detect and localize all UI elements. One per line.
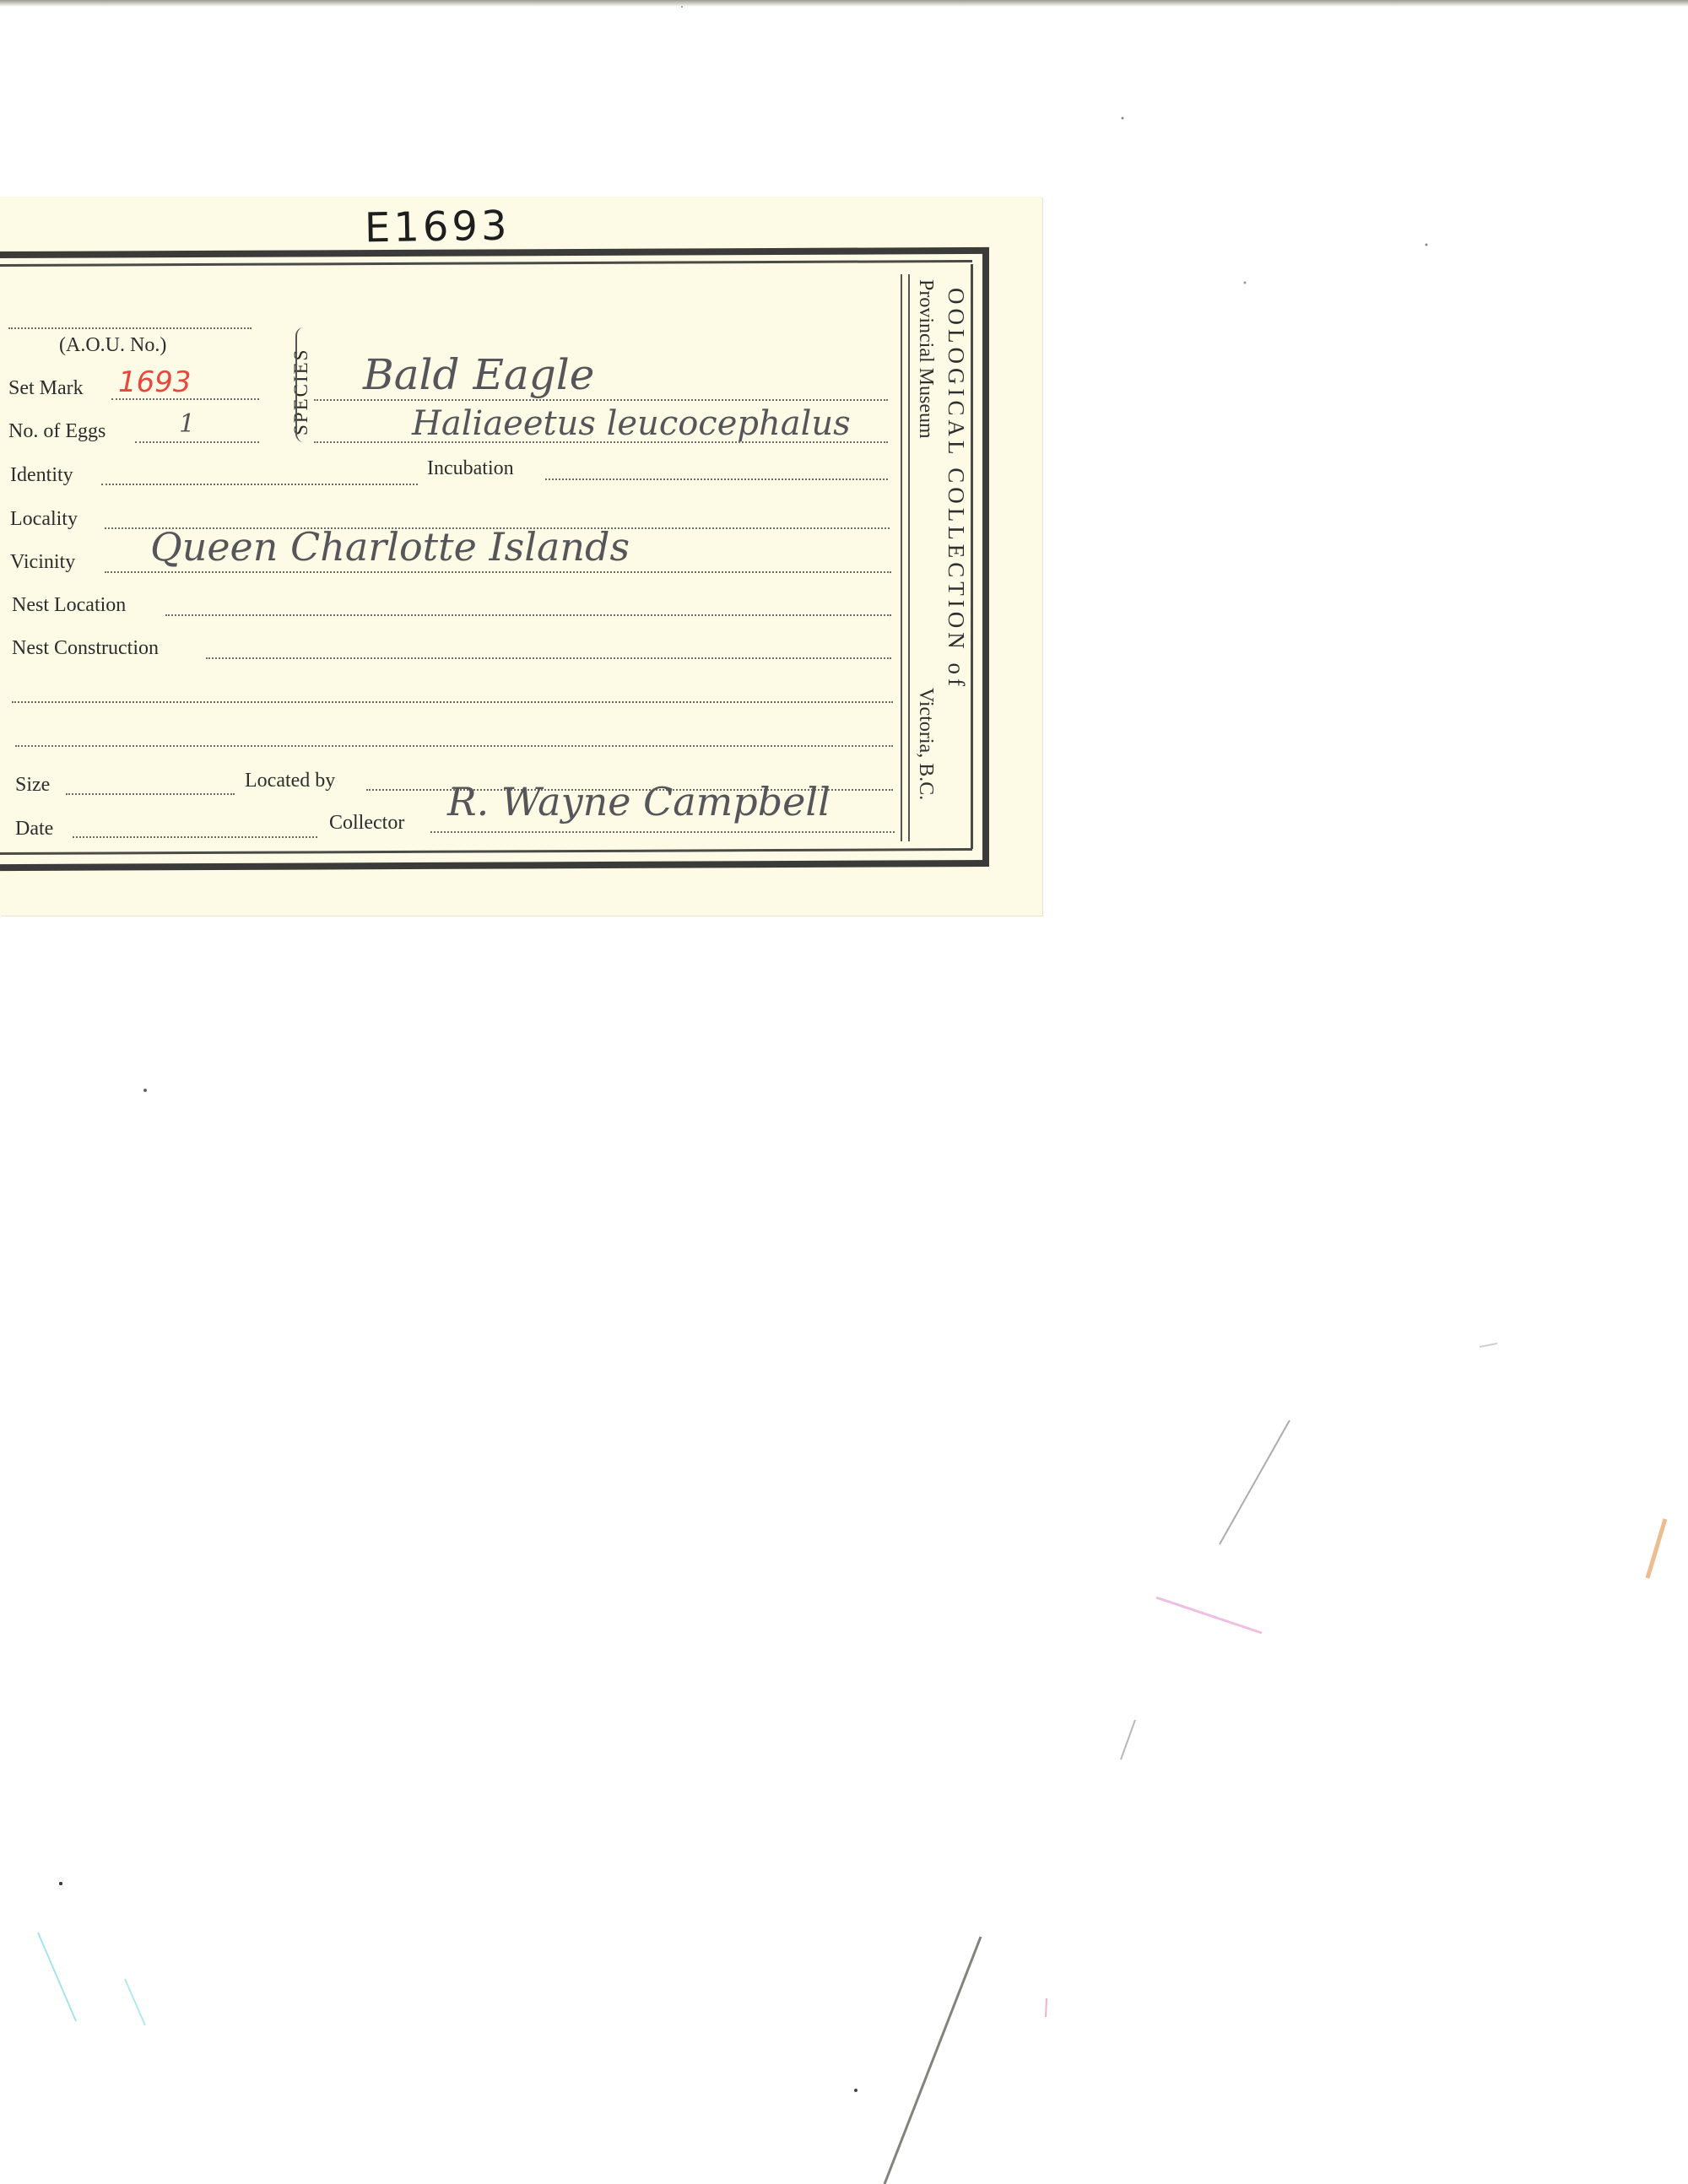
scan-artifacts (0, 0, 1688, 2184)
